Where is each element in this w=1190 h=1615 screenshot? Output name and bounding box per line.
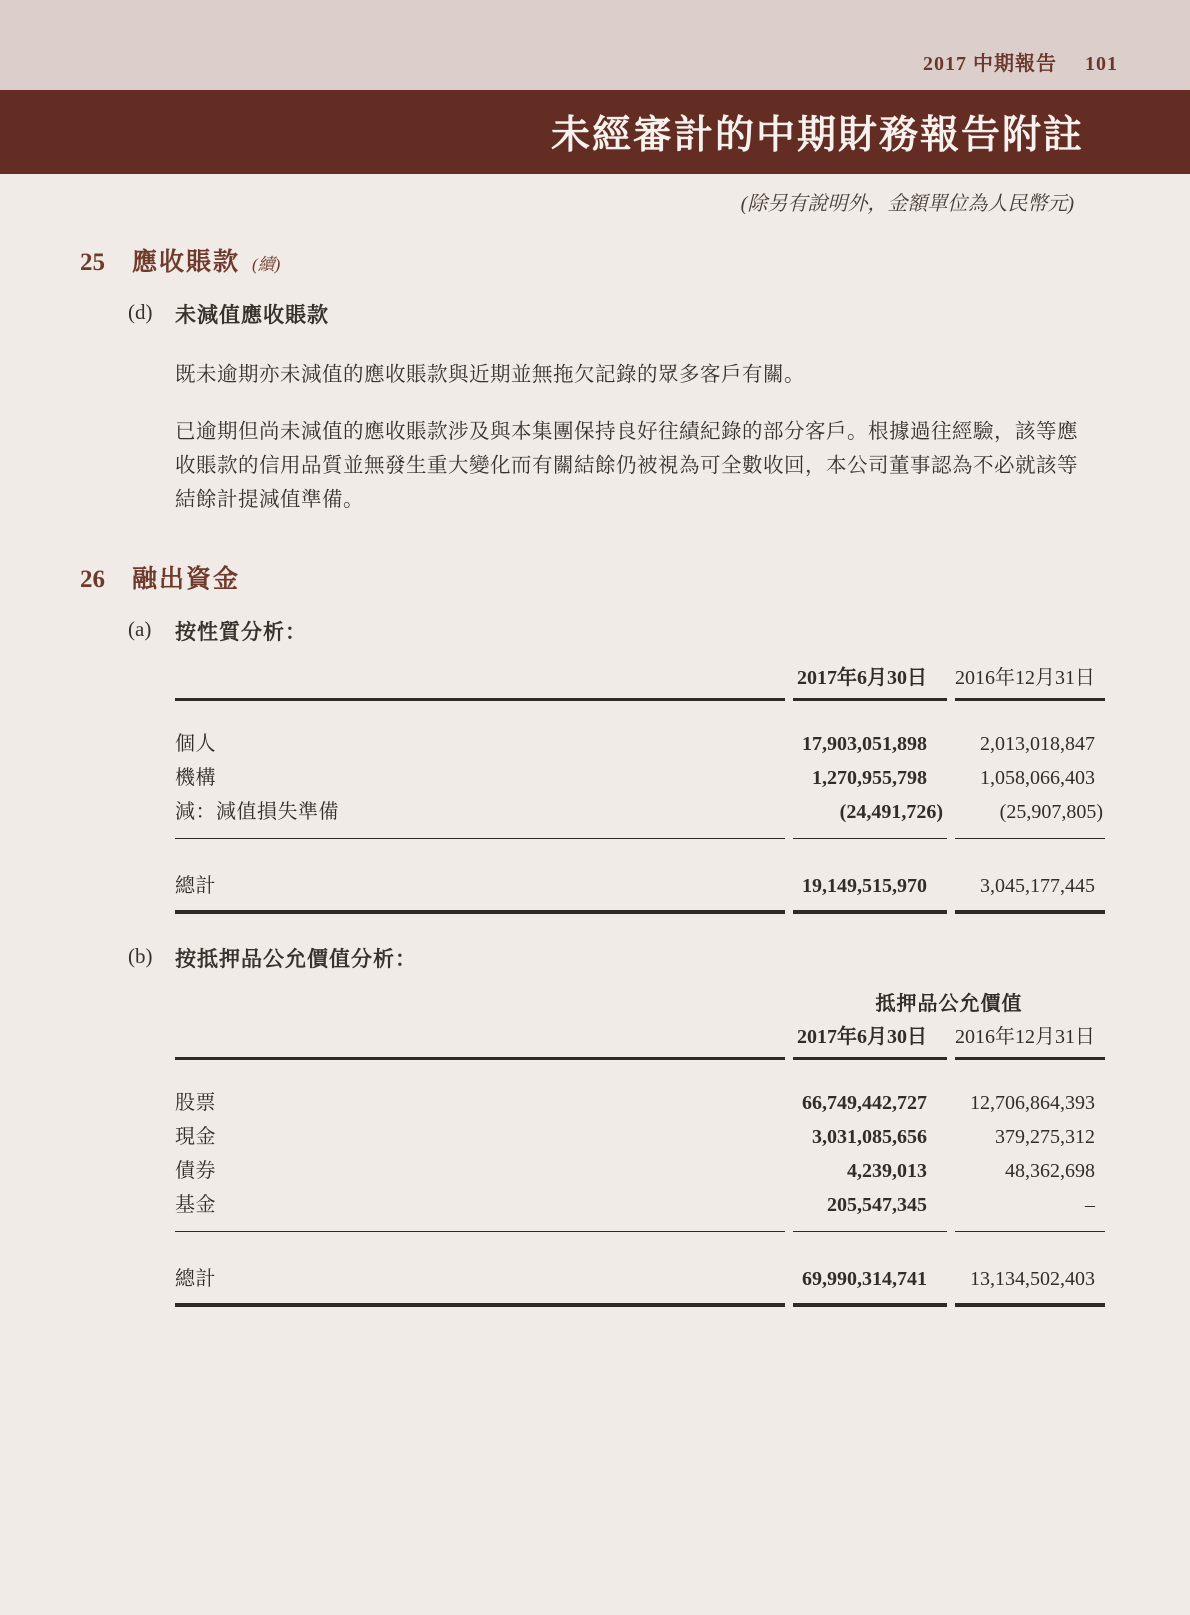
- section-25-heading: 25 應收賬款 (續): [80, 242, 1105, 278]
- row-label: 現金: [175, 1120, 765, 1154]
- table-a-col-2016: 2016年12月31日: [945, 663, 1105, 693]
- table-row: 股票 66,749,442,727 12,706,864,393: [175, 1086, 1105, 1120]
- section-25-number: 25: [80, 249, 132, 277]
- row-label: 基金: [175, 1188, 765, 1222]
- loans-by-nature-table: 2017年6月30日 2016年12月31日 個人 17,903,051,898…: [175, 663, 1105, 914]
- row-value-2017: 205,547,345: [773, 1188, 937, 1222]
- page-title: 未經審計的中期財務報告附註: [551, 104, 1084, 160]
- table-row: 債券 4,239,013 48,362,698: [175, 1154, 1105, 1188]
- page-number: 101: [1085, 53, 1118, 75]
- subsection-25d-body: 未減值應收賬款 既未逾期亦未減值的應收賬款與近期並無拖欠記錄的眾多客戶有關。 已…: [175, 300, 1105, 517]
- table-b-bottom-rule: [175, 1303, 1105, 1307]
- row-value-2016: 12,706,864,393: [945, 1086, 1105, 1120]
- section-25-title: 應收賬款: [132, 242, 240, 278]
- section-26-heading: 26 融出資金: [80, 559, 1105, 595]
- table-b-group-spacer: [175, 990, 785, 1018]
- table-b-group-header-row: 抵押品公允價值: [175, 990, 1105, 1018]
- table-b-header-row: 2017年6月30日 2016年12月31日: [175, 1022, 1105, 1052]
- table-row: 減：減值損失準備 (24,491,726) (25,907,805): [175, 795, 1105, 829]
- report-page: 2017 中期報告 101 未經審計的中期財務報告附註 (除另有說明外，金額單位…: [0, 0, 1190, 1615]
- row-value-2016: 48,362,698: [945, 1154, 1105, 1188]
- table-a-bottom-rule: [175, 910, 1105, 914]
- subsection-25d-title: 未減值應收賬款: [175, 300, 1105, 330]
- report-name: 2017 中期報告: [923, 53, 1057, 75]
- row-value-2017: (24,491,726): [789, 795, 945, 829]
- row-value-2017: 66,749,442,727: [773, 1086, 937, 1120]
- table-row: 機構 1,270,955,798 1,058,066,403: [175, 761, 1105, 795]
- section-25-continued-note: (續): [252, 250, 280, 275]
- table-a-header-row: 2017年6月30日 2016年12月31日: [175, 663, 1105, 693]
- row-label: 債券: [175, 1154, 765, 1188]
- section-26-number: 26: [80, 566, 132, 594]
- table-row: 基金 205,547,345 –: [175, 1188, 1105, 1222]
- table-b-top-rule: [175, 1057, 1105, 1060]
- subsection-26a-body: 按性質分析： 2017年6月30日 2016年12月31日 個人 17,903,…: [175, 617, 1105, 914]
- row-value-2016: 1,058,066,403: [945, 761, 1105, 795]
- page-header-band: 2017 中期報告 101: [0, 0, 1190, 90]
- currency-note: (除另有說明外，金額單位為人民幣元): [0, 187, 1190, 216]
- subsection-26a: (a) 按性質分析： 2017年6月30日 2016年12月31日 個人 17,…: [128, 617, 1105, 914]
- table-b-col-2016: 2016年12月31日: [945, 1022, 1105, 1052]
- table-b-group-header: 抵押品公允價值: [793, 990, 1105, 1018]
- section-26-title: 融出資金: [132, 559, 240, 595]
- total-label: 總計: [175, 869, 765, 903]
- row-value-2017: 1,270,955,798: [773, 761, 937, 795]
- row-value-2016: 379,275,312: [945, 1120, 1105, 1154]
- subsection-25d-letter: (d): [128, 300, 175, 517]
- row-value-2017: 3,031,085,656: [773, 1120, 937, 1154]
- table-b-col-2017: 2017年6月30日: [773, 1022, 937, 1052]
- page-content: 25 應收賬款 (續) (d) 未減值應收賬款 既未逾期亦未減值的應收賬款與近期…: [0, 242, 1190, 1307]
- table-a-subtotal-rule: [175, 838, 1105, 839]
- paragraph-unimpaired-1: 既未逾期亦未減值的應收賬款與近期並無拖欠記錄的眾多客戶有關。: [175, 358, 1105, 392]
- table-a-header-spacer: [175, 663, 765, 693]
- row-value-2017: 4,239,013: [773, 1154, 937, 1188]
- row-label: 個人: [175, 727, 765, 761]
- table-b-total-row: 總計 69,990,314,741 13,134,502,403: [175, 1262, 1105, 1296]
- table-b-subtotal-rule: [175, 1231, 1105, 1232]
- row-label: 機構: [175, 761, 765, 795]
- total-label: 總計: [175, 1262, 765, 1296]
- subsection-26b-body: 按抵押品公允價值分析： 抵押品公允價值 2017年6月30日 2016年12月3…: [175, 944, 1105, 1307]
- total-value-2016: 3,045,177,445: [945, 869, 1105, 903]
- page-reference: 2017 中期報告 101: [923, 47, 1118, 76]
- subsection-26b-title: 按抵押品公允價值分析：: [175, 944, 1105, 974]
- total-value-2016: 13,134,502,403: [945, 1262, 1105, 1296]
- row-value-2017: 17,903,051,898: [773, 727, 937, 761]
- row-value-2016: –: [945, 1188, 1105, 1222]
- total-value-2017: 19,149,515,970: [773, 869, 937, 903]
- subsection-25d: (d) 未減值應收賬款 既未逾期亦未減值的應收賬款與近期並無拖欠記錄的眾多客戶有…: [128, 300, 1105, 517]
- table-row: 個人 17,903,051,898 2,013,018,847: [175, 727, 1105, 761]
- subsection-26a-title: 按性質分析：: [175, 617, 1105, 647]
- paragraph-unimpaired-2: 已逾期但尚未減值的應收賬款涉及與本集團保持良好往績紀錄的部分客戶。根據過往經驗，…: [175, 415, 1080, 517]
- title-bar: 未經審計的中期財務報告附註: [0, 90, 1190, 174]
- row-value-2016: (25,907,805): [953, 795, 1105, 829]
- subsection-26b-letter: (b): [128, 944, 175, 1307]
- table-b-header-spacer: [175, 1022, 765, 1052]
- table-a-total-row: 總計 19,149,515,970 3,045,177,445: [175, 869, 1105, 903]
- row-value-2016: 2,013,018,847: [945, 727, 1105, 761]
- loans-by-collateral-table: 抵押品公允價值 2017年6月30日 2016年12月31日 股票 66,749…: [175, 990, 1105, 1307]
- table-row: 現金 3,031,085,656 379,275,312: [175, 1120, 1105, 1154]
- row-label: 股票: [175, 1086, 765, 1120]
- subsection-26a-letter: (a): [128, 617, 175, 914]
- table-a-top-rule: [175, 698, 1105, 701]
- row-label: 減：減值損失準備: [175, 795, 781, 829]
- total-value-2017: 69,990,314,741: [773, 1262, 937, 1296]
- subsection-26b: (b) 按抵押品公允價值分析： 抵押品公允價值 2017年6月30日 2016年…: [128, 944, 1105, 1307]
- table-a-col-2017: 2017年6月30日: [773, 663, 937, 693]
